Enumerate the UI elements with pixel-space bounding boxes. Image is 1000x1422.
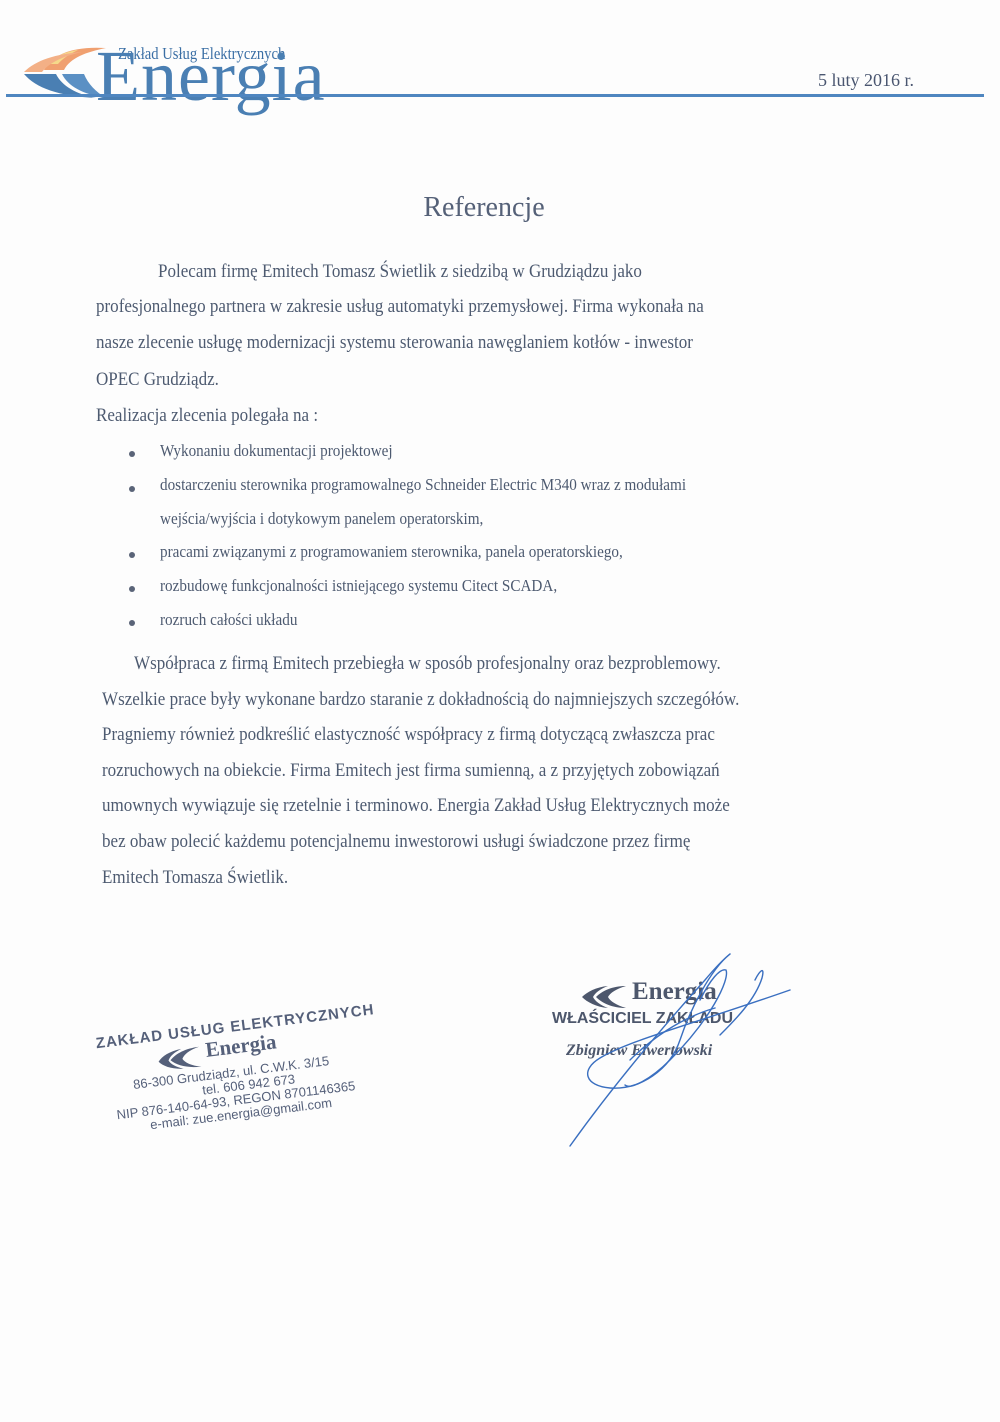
bullet-icon	[129, 586, 135, 592]
closing-line-5: umownych wywiązuje się rzetelnie i termi…	[102, 796, 730, 817]
intro-line-3: nasze zlecenie usługę modernizacji syste…	[96, 333, 693, 354]
closing-line-2: Wszelkie prace były wykonane bardzo star…	[102, 690, 739, 711]
bullet-icon	[129, 486, 135, 492]
document-title: Referencje	[0, 192, 968, 224]
intro-line-2: profesjonalnego partnera w zakresie usłu…	[96, 297, 704, 318]
list-intro: Realizacja zlecenia polegała na :	[96, 406, 318, 427]
document-date: 5 luty 2016 r.	[818, 70, 914, 91]
closing-line-4: rozruchowych na obiekcie. Firma Emitech …	[102, 761, 720, 782]
closing-line-7: Emitech Tomasza Świetlik.	[102, 868, 288, 889]
bullet-icon	[129, 620, 135, 626]
closing-line-3: Pragniemy również podkreślić elastycznoś…	[102, 725, 715, 746]
bullet-icon	[129, 451, 135, 457]
bullet-icon	[129, 552, 135, 558]
list-item-2-cont: wejścia/wyjścia i dotykowym panelem oper…	[160, 509, 483, 529]
logo-name: Energia	[96, 40, 326, 112]
list-item-4: rozbudowę funkcjonalności istniejącego s…	[160, 576, 557, 596]
closing-line-1: Współpraca z firmą Emitech przebiegła w …	[134, 654, 721, 675]
list-item-1: Wykonaniu dokumentacji projektowej	[160, 441, 393, 461]
intro-line-4: OPEC Grudziądz.	[96, 370, 219, 391]
energia-logo-icon	[18, 44, 108, 100]
handwritten-signature	[540, 940, 820, 1160]
closing-line-6: bez obaw polecić każdemu potencjalnemu i…	[102, 832, 690, 853]
list-item-3: pracami związanymi z programowaniem ster…	[160, 542, 623, 562]
intro-line-1: Polecam firmę Emitech Tomasz Świetlik z …	[158, 262, 642, 283]
company-stamp: ZAKŁAD USŁUG ELEKTRYCZNYCH Energia 86-30…	[88, 977, 393, 1151]
header-divider	[6, 94, 984, 97]
list-item-5: rozruch całości układu	[160, 610, 297, 630]
list-item-2: dostarczeniu sterownika programowalnego …	[160, 475, 686, 495]
